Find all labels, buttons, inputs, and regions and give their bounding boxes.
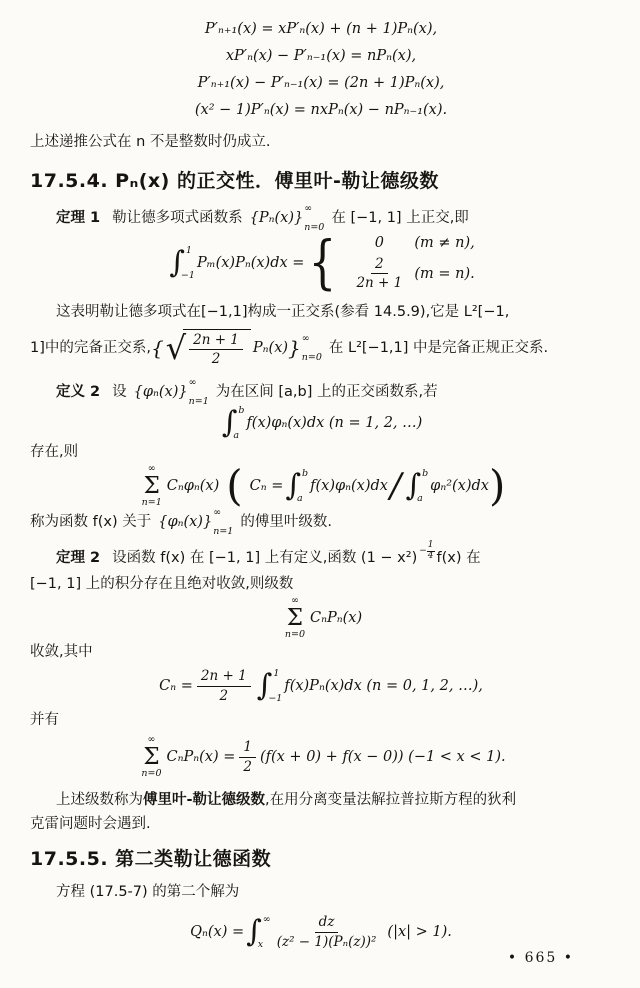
integral-limits: ∞ x bbox=[263, 915, 271, 949]
one-half-fraction: 1 2 bbox=[239, 739, 256, 774]
case-2-value: 2 2n + 1 bbox=[344, 256, 414, 291]
existence-integrand: f(x)φₙ(x)dx (n = 1, 2, …) bbox=[246, 415, 422, 431]
set-brace-close: } bbox=[288, 336, 301, 360]
second-solution-intro: 方程 (17.5-7) 的第二个解为 bbox=[30, 880, 612, 904]
and-have-text: 并有 bbox=[30, 708, 612, 732]
fourier-legendre-term: 傅里叶-勒让德级数 bbox=[143, 792, 265, 808]
summation-operator: ∞ Σ n=1 bbox=[142, 464, 162, 508]
set-limits: ∞ n=0 bbox=[302, 334, 322, 362]
legendre-set: {Pₙ(x)} bbox=[250, 206, 304, 230]
closing-paragraph: 上述级数称为傅里叶-勒让德级数,在用分离变量法解拉普拉斯方程的狄利 克雷问题时会… bbox=[30, 788, 612, 836]
integral-limits: b a bbox=[422, 469, 428, 503]
recurrence-note: 上述递推公式在 n 不是整数时仍成立. bbox=[30, 130, 612, 154]
qn-lhs: Qₙ(x) = bbox=[190, 924, 244, 940]
theorem-2-line-1: 定理 2 设函数 f(x) 在 [−1, 1] 上有定义,函数 (1 − x²)… bbox=[30, 544, 612, 572]
case-1-condition: (m ≠ n), bbox=[414, 235, 474, 251]
recurrence-eq-1: P′ₙ₊₁(x) = xP′ₙ(x) + (n + 1)Pₙ(x), bbox=[30, 16, 612, 43]
orthogonality-formula: ∫ 1 −1 Pₘ(x)Pₙ(x)dx = { 0 (m ≠ n), 2 bbox=[30, 234, 612, 292]
sqrt-multiplier: Pₙ(x) bbox=[253, 336, 288, 360]
theorem-1-text-after: 在 [−1, 1] 上正交,即 bbox=[331, 206, 468, 230]
exists-then-text: 存在,则 bbox=[30, 440, 612, 464]
integral-operator: ∫ 1 −1 bbox=[169, 246, 195, 280]
page-number: • 665 • bbox=[508, 950, 574, 966]
case-row-1: 0 (m ≠ n), bbox=[344, 235, 474, 251]
legendre-series-formula: ∞ Σ n=0 CₙPₙ(x) bbox=[30, 596, 612, 640]
definition-2-text-after: 为在区间 [a,b] 上的正交函数系,若 bbox=[216, 380, 438, 404]
fourier-series-formula: ∞ Σ n=1 Cₙφₙ(x) ( Cₙ = ∫ b a f(x)φₙ(x)dx… bbox=[30, 464, 612, 508]
fourier-naming-line: 称为函数 f(x) 关于 {φₙ(x)} ∞ n=1 的傅里叶级数. bbox=[30, 508, 612, 536]
theorem-2: 定理 2 设函数 f(x) 在 [−1, 1] 上有定义,函数 (1 − x²)… bbox=[30, 544, 612, 596]
cases-brace: { bbox=[309, 238, 337, 287]
convergence-value-formula: ∞ Σ n=0 CₙPₙ(x) = 1 2 (f(x + 0) + f(x − … bbox=[30, 734, 612, 780]
recurrence-eq-2: xP′ₙ(x) − P′ₙ₋₁(x) = nPₙ(x), bbox=[30, 43, 612, 70]
limit-rhs: (f(x + 0) + f(x − 0)) (−1 < x < 1). bbox=[260, 749, 506, 765]
set-brace-open: { bbox=[151, 336, 164, 360]
completeness-line-2: 1]中的完备正交系, { √ 2n + 1 2 Pₙ(x) } ∞ n=0 bbox=[30, 326, 612, 370]
naming-text-after: 的傅里叶级数. bbox=[240, 510, 332, 534]
case-2-condition: (m = n). bbox=[414, 266, 474, 282]
page-content: P′ₙ₊₁(x) = xP′ₙ(x) + (n + 1)Pₙ(x), xP′ₙ(… bbox=[0, 0, 640, 956]
case-2-fraction: 2 2n + 1 bbox=[356, 256, 402, 291]
numerator-integral: ∫ b a bbox=[285, 469, 308, 503]
exponent-minus-quarter: − 1 4 bbox=[419, 539, 434, 563]
integral-operator: ∫ 1 −1 bbox=[257, 669, 283, 703]
phi-set: {φₙ(x)} bbox=[158, 510, 212, 534]
summation-operator: ∞ Σ n=0 bbox=[285, 596, 305, 640]
cases-column: 0 (m ≠ n), 2 2n + 1 (m = n). bbox=[344, 235, 474, 291]
recurrence-eq-3: P′ₙ₊₁(x) − P′ₙ₋₁(x) = (2n + 1)Pₙ(x), bbox=[30, 70, 612, 97]
cn-lhs: Cₙ = bbox=[159, 678, 193, 694]
completeness-line-2-start: 1]中的完备正交系, bbox=[30, 336, 151, 360]
cn-equals: Cₙ = bbox=[250, 478, 284, 494]
recurrence-eq-4: (x² − 1)P′ₙ(x) = nxPₙ(x) − nPₙ₋₁(x). bbox=[30, 97, 612, 124]
integral-operator: ∫ b a bbox=[222, 406, 245, 440]
sqrt-expression: √ 2n + 1 2 bbox=[166, 329, 251, 367]
completeness-line-1: 这表明勒让德多项式在[−1,1]构成一正交系(参看 14.5.9),它是 L²[… bbox=[30, 298, 612, 326]
orthogonality-integrand: Pₘ(x)Pₙ(x)dx = bbox=[197, 255, 304, 271]
definition-2-label: 定义 2 bbox=[56, 380, 100, 404]
theorem-1-text-before: 勒让德多项式函数系 bbox=[112, 206, 243, 230]
completeness-line-2-end: 在 L²[−1,1] 中是完备正规正交系. bbox=[329, 336, 548, 360]
naming-text-before: 称为函数 f(x) 关于 bbox=[30, 510, 151, 534]
definition-2-text-before: 设 bbox=[112, 380, 127, 404]
denominator-integrand: φₙ²(x)dx bbox=[430, 478, 489, 494]
fourier-series-term: Cₙφₙ(x) bbox=[167, 478, 220, 494]
numerator-integrand: f(x)φₙ(x)dx bbox=[310, 478, 388, 494]
close-paren: ) bbox=[489, 465, 505, 507]
qn-condition: (|x| > 1). bbox=[387, 924, 451, 940]
qn-formula: Qₙ(x) = ∫ ∞ x dz (z² − 1)(Pₙ(z))² (|x| >… bbox=[30, 908, 612, 956]
radicand: 2n + 1 2 bbox=[183, 329, 251, 367]
coefficient-formula: Cₙ = 2n + 1 2 ∫ 1 −1 f(x)Pₙ(x)dx (n = 0,… bbox=[30, 664, 612, 708]
closing-line-1: 上述级数称为傅里叶-勒让德级数,在用分离变量法解拉普拉斯方程的狄利 bbox=[30, 788, 612, 812]
coefficient-integrand: f(x)Pₙ(x)dx (n = 0, 1, 2, …), bbox=[284, 678, 483, 694]
case-row-2: 2 2n + 1 (m = n). bbox=[344, 256, 474, 291]
scanned-book-page: P′ₙ₊₁(x) = xP′ₙ(x) + (n + 1)Pₙ(x), xP′ₙ(… bbox=[0, 0, 640, 988]
theorem-2-text-before: 设函数 f(x) 在 [−1, 1] 上有定义,函数 (1 − x²) bbox=[112, 546, 417, 570]
coefficient-fraction: 2n + 1 2 bbox=[197, 668, 251, 703]
denominator-integral: ∫ b a bbox=[405, 469, 428, 503]
limit-lhs: CₙPₙ(x) = bbox=[167, 749, 236, 765]
radicand-fraction: 2n + 1 2 bbox=[189, 332, 243, 367]
integral-limits: 1 −1 bbox=[186, 246, 195, 280]
definition-2: 定义 2 设 {φₙ(x)} ∞ n=1 为在区间 [a,b] 上的正交函数系,… bbox=[30, 378, 612, 406]
section-heading-17-5-4: 17.5.4. Pₙ(x) 的正交性．傅里叶-勒让德级数 bbox=[30, 168, 612, 194]
theorem-2-label: 定理 2 bbox=[56, 546, 100, 570]
integral-operator: ∫ ∞ x bbox=[246, 915, 271, 949]
division-slash: / bbox=[390, 466, 401, 506]
integral-limits: 1 −1 bbox=[273, 669, 282, 703]
completeness-paragraph: 这表明勒让德多项式在[−1,1]构成一正交系(参看 14.5.9),它是 L²[… bbox=[30, 298, 612, 370]
phi-set: {φₙ(x)} bbox=[134, 380, 188, 404]
converges-text: 收敛,其中 bbox=[30, 640, 612, 664]
recurrence-equations: P′ₙ₊₁(x) = xP′ₙ(x) + (n + 1)Pₙ(x), xP′ₙ(… bbox=[30, 16, 612, 124]
integral-limits: b a bbox=[238, 406, 244, 440]
section-heading-17-5-5: 17.5.5. 第二类勒让德函数 bbox=[30, 846, 612, 872]
qn-fraction: dz (z² − 1)(Pₙ(z))² bbox=[277, 914, 377, 949]
theorem-2-line-2: [−1, 1] 上的积分存在且绝对收敛,则级数 bbox=[30, 572, 612, 596]
phi-set-limits: ∞ n=1 bbox=[189, 378, 209, 406]
integral-limits: b a bbox=[302, 469, 308, 503]
summation-operator: ∞ Σ n=0 bbox=[141, 735, 161, 779]
open-paren: ( bbox=[226, 465, 242, 507]
phi-set-limits: ∞ n=1 bbox=[213, 508, 233, 536]
series-term: CₙPₙ(x) bbox=[310, 610, 362, 626]
theorem-1-label: 定理 1 bbox=[56, 206, 100, 230]
theorem-2-text-after: f(x) 在 bbox=[437, 546, 481, 570]
case-1-value: 0 bbox=[344, 235, 414, 251]
existence-integral-formula: ∫ b a f(x)φₙ(x)dx (n = 1, 2, …) bbox=[30, 406, 612, 440]
closing-line-2: 克雷问题时会遇到. bbox=[30, 812, 612, 836]
